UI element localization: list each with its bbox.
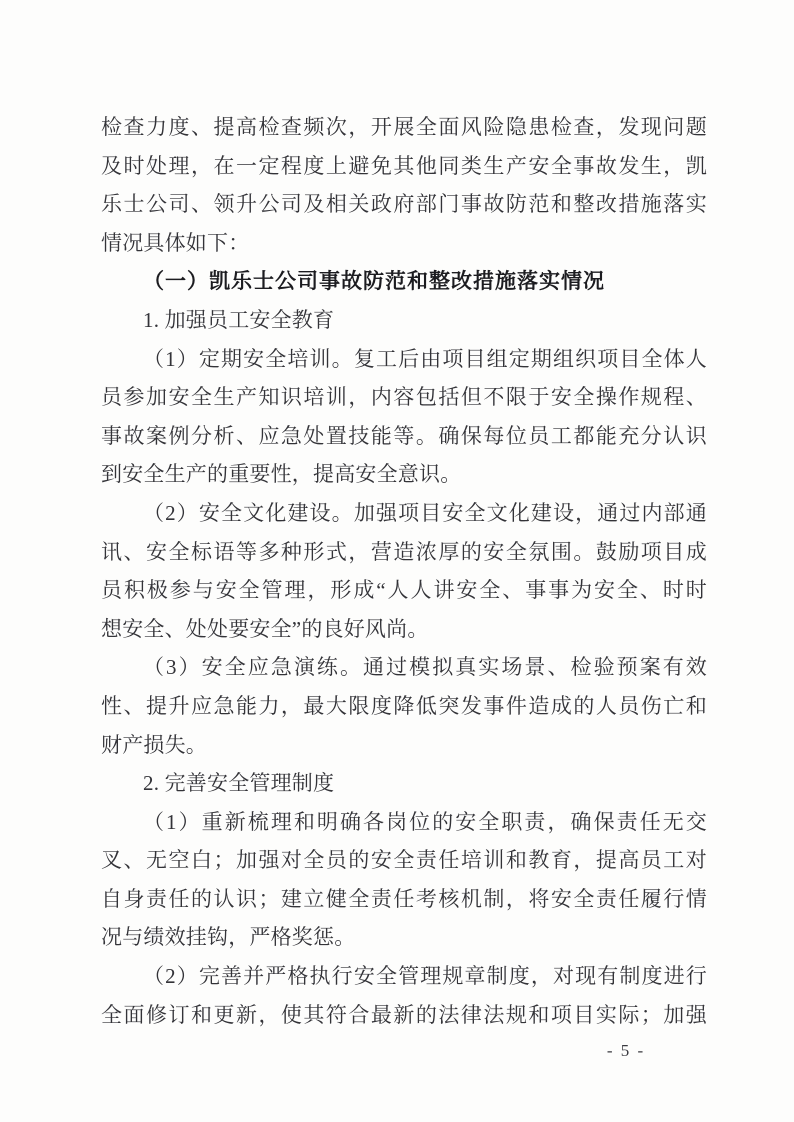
text-line: 情况具体如下： (101, 224, 707, 263)
text-line: 想安全、处处要安全”的良好风尚。 (101, 610, 707, 649)
text-line: （1）定期安全培训。复工后由项目组定期组织项目全体人 (101, 340, 707, 379)
section-heading: （一）凯乐士公司事故防范和整改措施落实情况 (101, 262, 707, 301)
document-body: 检查力度、提高检查频次，开展全面风险隐患检查，发现问题及时处理，在一定程度上避免… (101, 108, 707, 1034)
page-number: - 5 - (595, 1041, 657, 1061)
text-line: （1）重新梳理和明确各岗位的安全职责，确保责任无交 (101, 803, 707, 842)
text-line: （3）安全应急演练。通过模拟真实场景、检验预案有效 (101, 648, 707, 687)
text-line: 到安全生产的重要性，提高安全意识。 (101, 455, 707, 494)
text-line: （2）安全文化建设。加强项目安全文化建设，通过内部通 (101, 494, 707, 533)
text-line: 自身责任的认识；建立健全责任考核机制，将安全责任履行情 (101, 880, 707, 919)
sub-heading: 2. 完善安全管理制度 (101, 764, 707, 803)
text-line: 事故案例分析、应急处置技能等。确保每位员工都能充分认识 (101, 417, 707, 456)
text-line: 员积极参与安全管理，形成“人人讲安全、事事为安全、时时 (101, 571, 707, 610)
text-line: 财产损失。 (101, 726, 707, 765)
text-line: 及时处理，在一定程度上避免其他同类生产安全事故发生，凯 (101, 147, 707, 186)
text-line: （2）完善并严格执行安全管理规章制度，对现有制度进行 (101, 957, 707, 996)
text-line: 性、提升应急能力，最大限度降低突发事件造成的人员伤亡和 (101, 687, 707, 726)
document-page: 检查力度、提高检查频次，开展全面风险隐患检查，发现问题及时处理，在一定程度上避免… (0, 0, 794, 1122)
text-line: 检查力度、提高检查频次，开展全面风险隐患检查，发现问题 (101, 108, 707, 147)
text-line: 员参加安全生产知识培训，内容包括但不限于安全操作规程、 (101, 378, 707, 417)
sub-heading: 1. 加强员工安全教育 (101, 301, 707, 340)
text-line: 讯、安全标语等多种形式，营造浓厚的安全氛围。鼓励项目成 (101, 533, 707, 572)
text-line: 全面修订和更新，使其符合最新的法律法规和项目实际；加强 (101, 996, 707, 1035)
text-line: 况与绩效挂钩，严格奖惩。 (101, 918, 707, 957)
text-line: 乐士公司、领升公司及相关政府部门事故防范和整改措施落实 (101, 185, 707, 224)
text-line: 叉、无空白；加强对全员的安全责任培训和教育，提高员工对 (101, 841, 707, 880)
